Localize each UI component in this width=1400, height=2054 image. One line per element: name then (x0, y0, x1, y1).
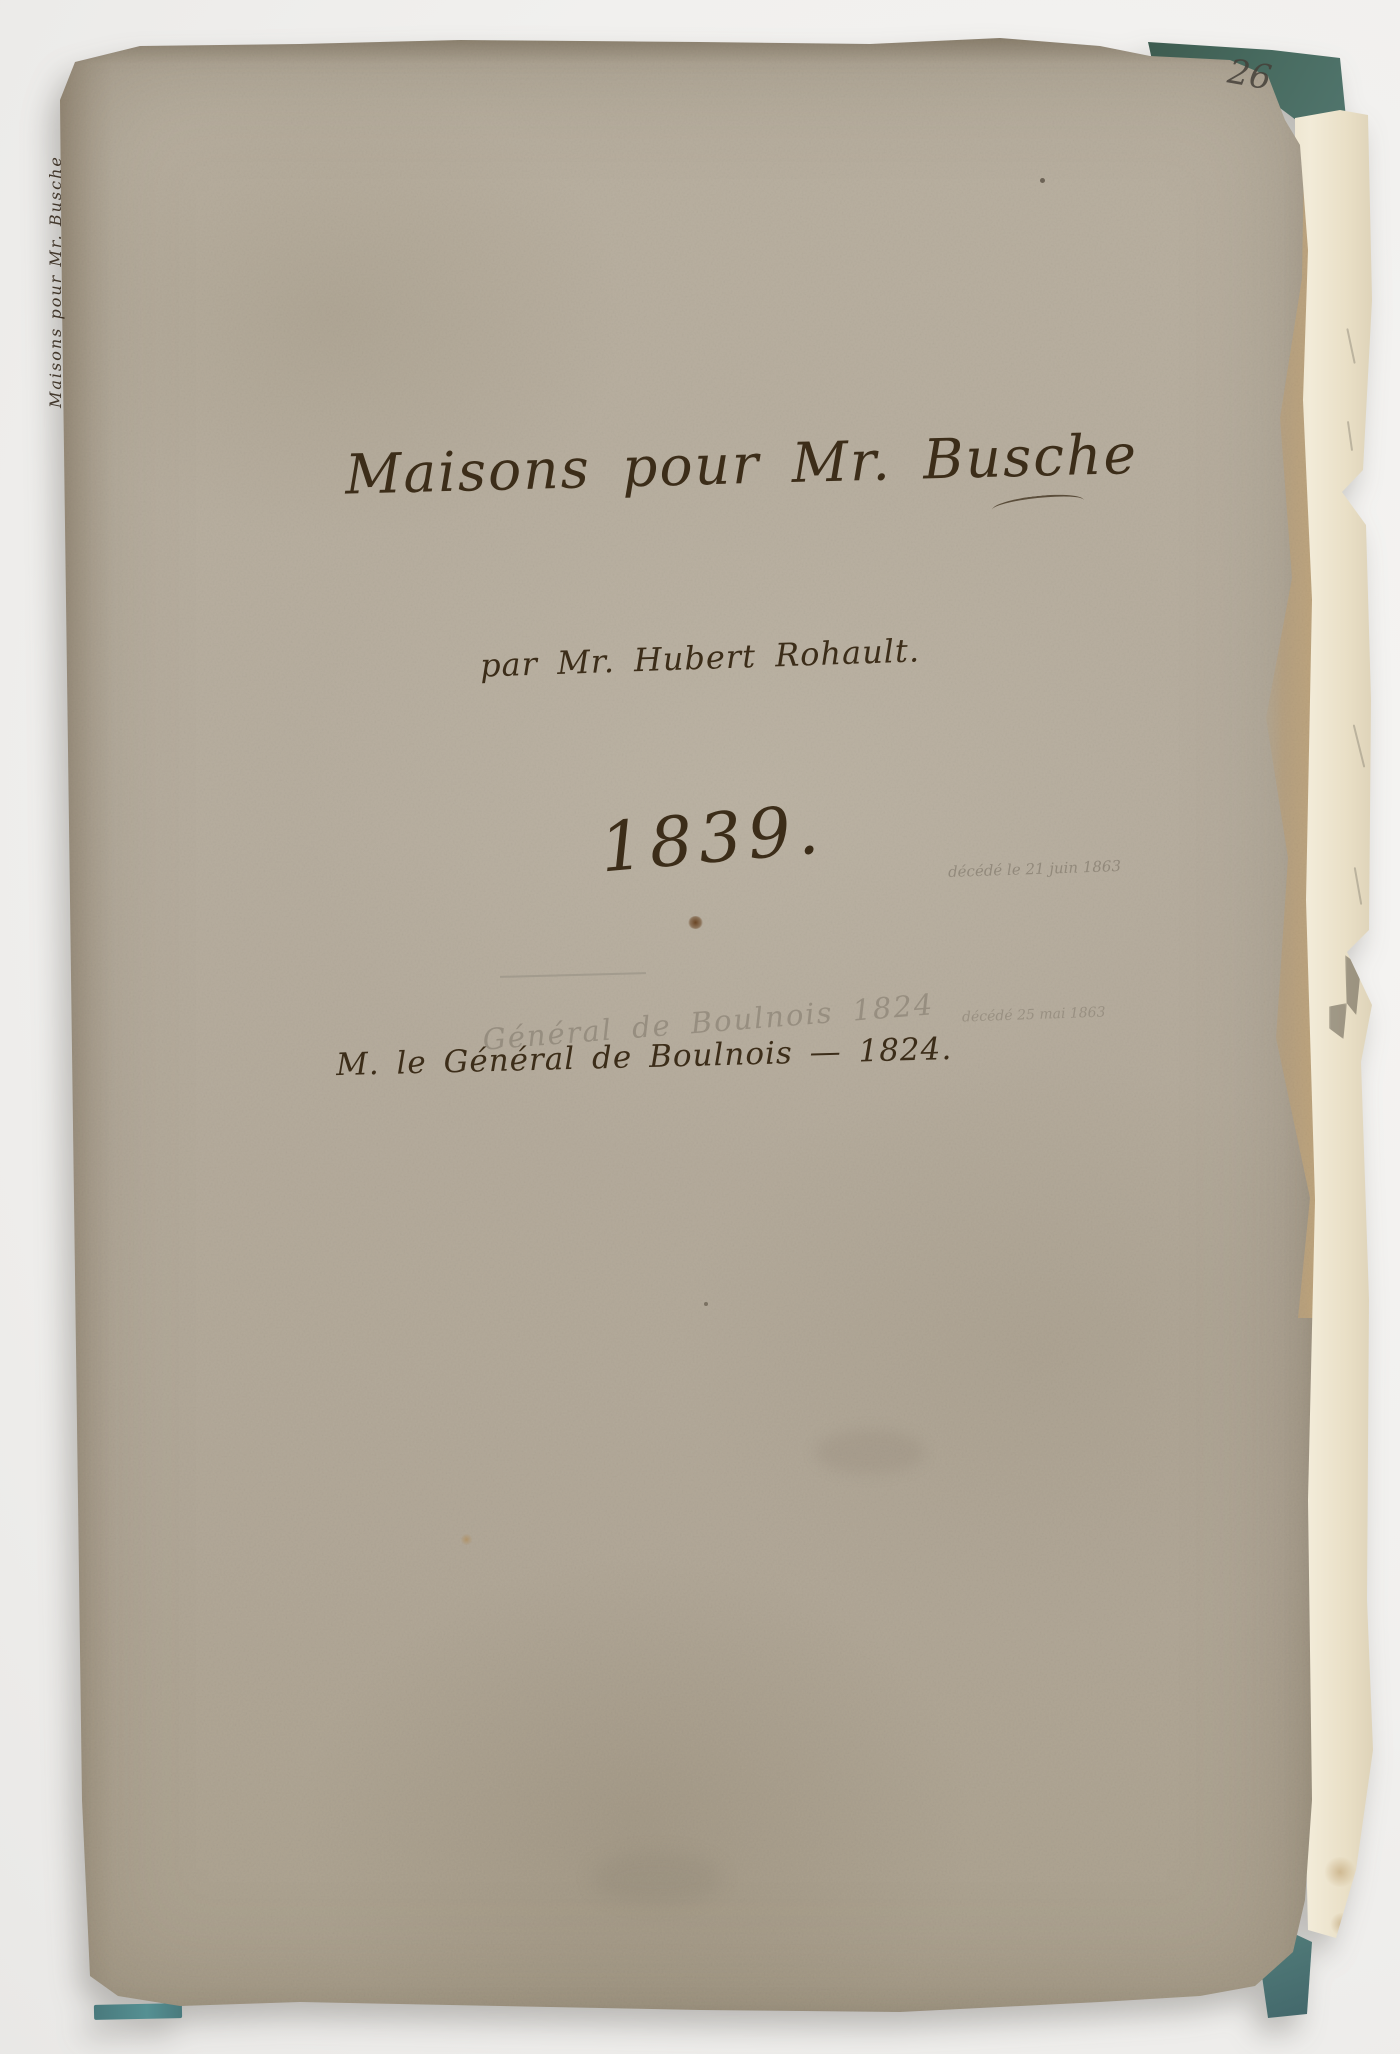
dark-speck (704, 1302, 708, 1306)
photographed-manuscript-scene: Maisons pour Mr. Busche 26 Maisons pour … (0, 0, 1400, 2054)
pencil-squiggle (1347, 421, 1353, 451)
pencil-squiggle (1353, 724, 1366, 767)
pencil-squiggle (1346, 328, 1355, 364)
page-stain (1329, 1913, 1355, 1935)
cover-year: 1839. (597, 797, 822, 884)
binding-cloth-bottom-left (94, 2003, 182, 2020)
ink-stain (688, 916, 703, 929)
pencil-squiggle (1354, 867, 1363, 905)
torn-flap-shadow (1329, 1003, 1347, 1039)
dark-speck (1040, 178, 1045, 183)
page-stain (1323, 1857, 1357, 1887)
smudge (815, 1430, 925, 1474)
page-number: 26 (1225, 55, 1274, 96)
torn-flap-shadow (1345, 955, 1361, 1015)
foxing-spot (460, 1534, 473, 1545)
spine-inscription: Maisons pour Mr. Busche (48, 48, 94, 408)
smudge (592, 1852, 722, 1904)
